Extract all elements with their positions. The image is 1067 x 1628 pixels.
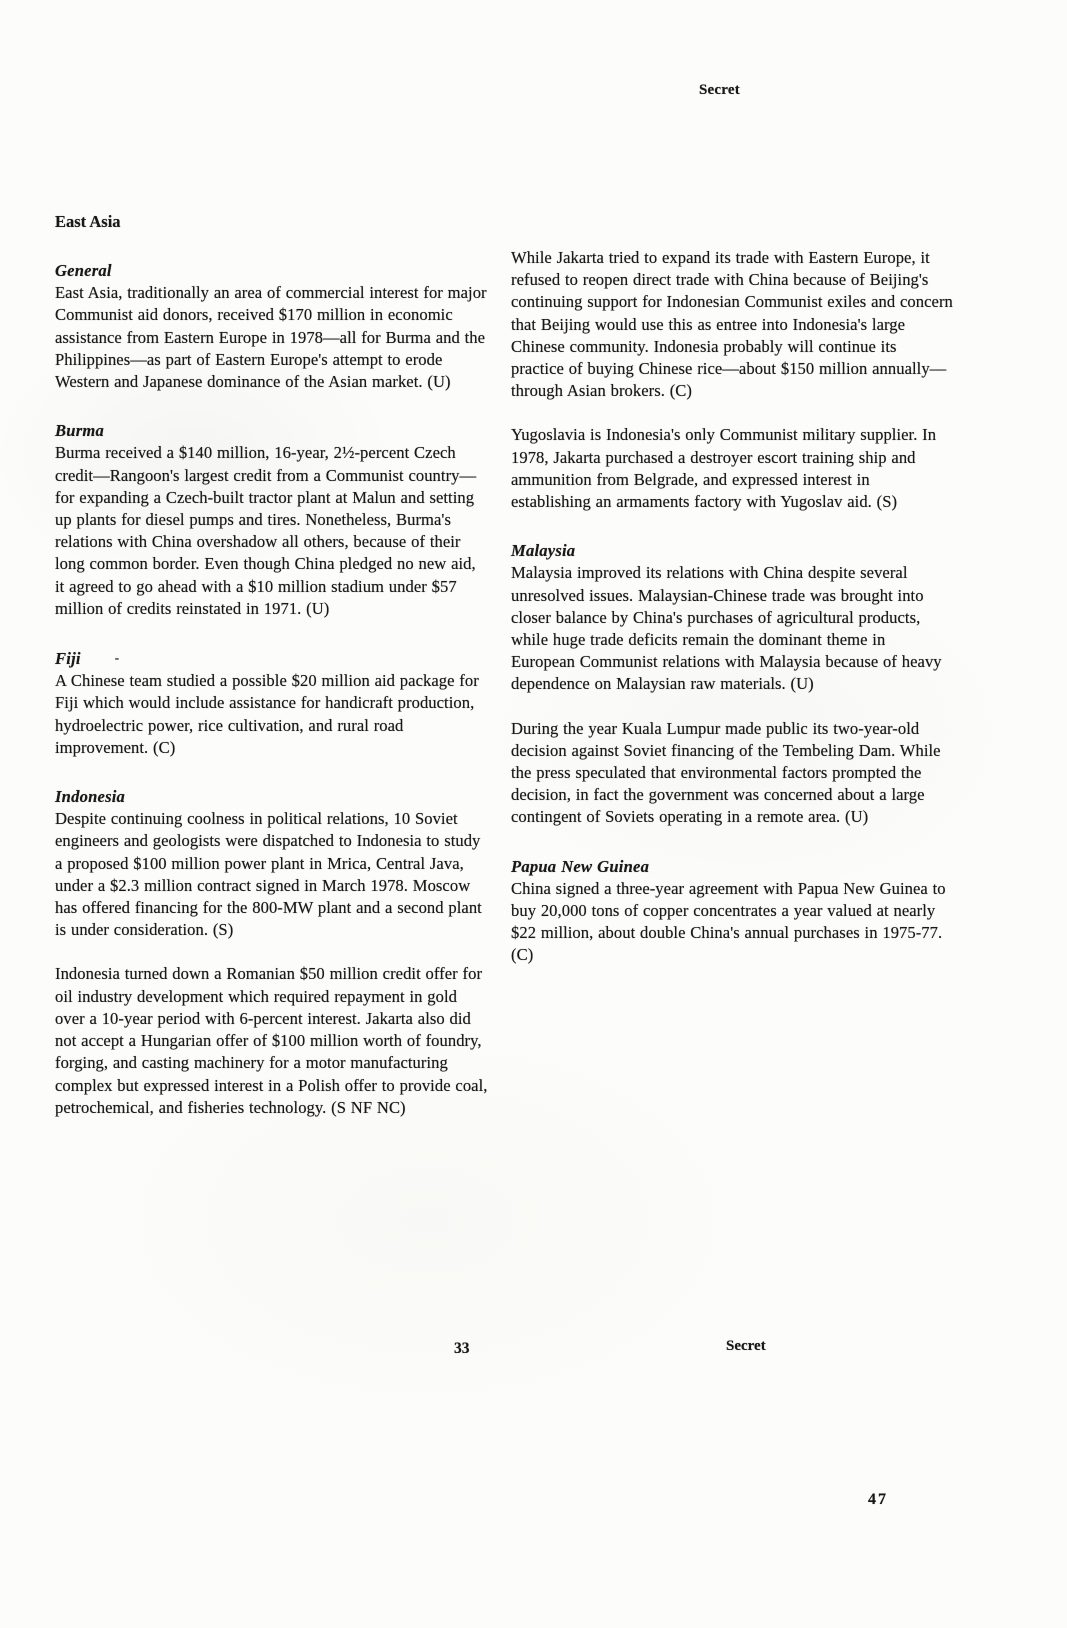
paragraph-fiji: A Chinese team studied a possible $20 mi… <box>55 670 489 759</box>
section-heading-burma: Burma <box>55 420 489 442</box>
section-heading-fiji: Fiji- <box>55 647 489 670</box>
left-column: General East Asia, traditionally an area… <box>55 260 489 1119</box>
section-burma: Burma Burma received a $140 million, 16-… <box>55 420 489 620</box>
paragraph-indonesia-1: Despite continuing coolness in political… <box>55 808 489 941</box>
paragraph-papua-new-guinea: China signed a three-year agreement with… <box>511 878 953 967</box>
paragraph-malaysia-1: Malaysia improved its relations with Chi… <box>511 562 953 695</box>
section-heading-general: General <box>55 260 489 282</box>
header-classification-marking: Secret <box>699 82 740 99</box>
corner-stamp-number: 47 <box>868 1491 888 1509</box>
section-malaysia: Malaysia Malaysia improved its relations… <box>511 540 953 828</box>
section-heading-malaysia: Malaysia <box>511 540 953 562</box>
section-heading-papua-new-guinea: Papua New Guinea <box>511 856 953 878</box>
section-indonesia: Indonesia Despite continuing coolness in… <box>55 786 489 1119</box>
paragraph-malaysia-2: During the year Kuala Lumpur made public… <box>511 718 953 829</box>
section-heading-fiji-label: Fiji <box>55 649 81 668</box>
footer-page-number: 33 <box>454 1340 470 1358</box>
right-column: While Jakarta tried to expand its trade … <box>511 247 953 967</box>
paragraph-indonesia-trade: While Jakarta tried to expand its trade … <box>511 247 953 402</box>
section-fiji: Fiji- A Chinese team studied a possible … <box>55 647 489 759</box>
section-general: General East Asia, traditionally an area… <box>55 260 489 393</box>
section-papua-new-guinea: Papua New Guinea China signed a three-ye… <box>511 856 953 967</box>
paragraph-burma: Burma received a $140 million, 16-year, … <box>55 442 489 620</box>
section-indonesia-continued: While Jakarta tried to expand its trade … <box>511 247 953 513</box>
section-heading-indonesia: Indonesia <box>55 786 489 808</box>
footer-classification-marking: Secret <box>726 1338 766 1355</box>
paragraph-indonesia-yugoslavia: Yugoslavia is Indonesia's only Communist… <box>511 424 953 513</box>
scan-artifact-dash: - <box>81 650 120 665</box>
page-title: East Asia <box>55 212 121 232</box>
paragraph-general: East Asia, traditionally an area of comm… <box>55 282 489 393</box>
scanned-document-page: Secret East Asia General East Asia, trad… <box>0 0 1067 1628</box>
paragraph-indonesia-2: Indonesia turned down a Romanian $50 mil… <box>55 963 489 1118</box>
